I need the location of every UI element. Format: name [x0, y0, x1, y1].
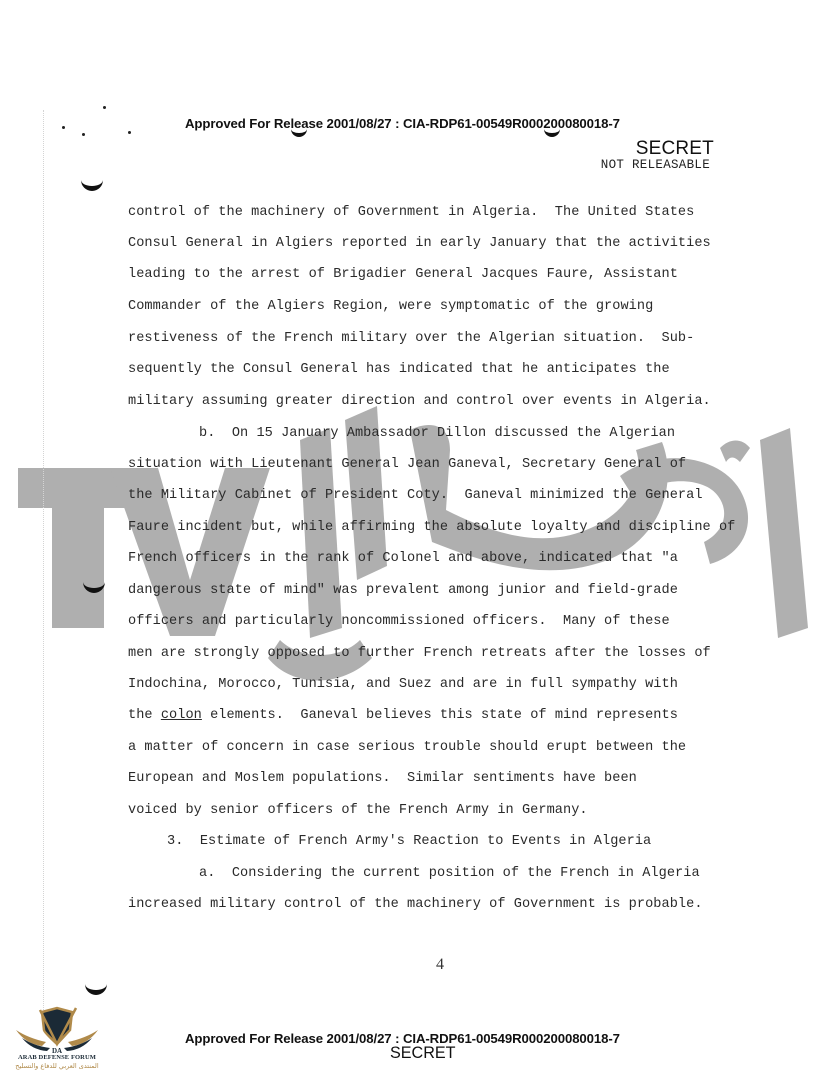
text-line: European and Moslem populations. Similar… [128, 771, 637, 786]
paragraph-b-start: b. On 15 January Ambassador Dillon discu… [199, 426, 675, 441]
text-line: control of the machinery of Government i… [128, 205, 694, 220]
text-line: men are strongly opposed to further Fren… [128, 646, 711, 661]
text-line: a matter of concern in case serious trou… [128, 740, 686, 755]
scan-speck [103, 106, 106, 109]
scan-margin-line [43, 110, 44, 1010]
text-line: voiced by senior officers of the French … [128, 803, 588, 818]
text-line: officers and particularly noncommissione… [128, 614, 670, 629]
release-stamp-header: Approved For Release 2001/08/27 : CIA-RD… [185, 116, 620, 131]
text-line: Consul General in Algiers reported in ea… [128, 236, 711, 251]
text-line: Indochina, Morocco, Tunisia, and Suez an… [128, 677, 678, 692]
scan-speck [82, 133, 85, 136]
underlined-word-colon: colon [161, 708, 202, 723]
text-line: Commander of the Algiers Region, were sy… [128, 299, 653, 314]
text-line: the colon elements. Ganeval believes thi… [128, 708, 678, 723]
svg-text:DA: DA [52, 1047, 62, 1054]
classification-footer: SECRET [390, 1043, 456, 1063]
section-3-heading: 3. Estimate of French Army's Reaction to… [167, 834, 651, 849]
text-line: the Military Cabinet of President Coty. … [128, 488, 703, 503]
text-line: leading to the arrest of Brigadier Gener… [128, 267, 678, 282]
text-line: Faure incident but, while affirming the … [128, 520, 735, 535]
scan-speck [128, 131, 131, 134]
punch-hole-mark [85, 980, 107, 995]
text-line: situation with Lieutenant General Jean G… [128, 457, 686, 472]
document-page: Approved For Release 2001/08/27 : CIA-RD… [0, 0, 834, 1080]
punch-hole-mark [81, 176, 103, 191]
logo-name-english: ARAB DEFENSE FORUM [4, 1054, 110, 1062]
text-line: military assuming greater direction and … [128, 394, 711, 409]
handling-caveat: NOT RELEASABLE [601, 158, 710, 172]
logo-name-arabic: المنتدى العربي للدفاع والتسليح [4, 1062, 110, 1071]
page-number: 4 [436, 956, 444, 974]
scan-speck [62, 126, 65, 129]
text-fragment: elements. Ganeval believes this state of… [202, 708, 678, 723]
shield-wings-icon: DA [12, 1004, 102, 1054]
arab-defense-forum-logo: DA ARAB DEFENSE FORUM المنتدى العربي للد… [4, 1004, 110, 1080]
text-line: restiveness of the French military over … [128, 331, 694, 346]
text-line: French officers in the rank of Colonel a… [128, 551, 678, 566]
paragraph-a-start: a. Considering the current position of t… [199, 866, 700, 881]
text-line: sequently the Consul General has indicat… [128, 362, 670, 377]
classification-header: SECRET [636, 138, 714, 160]
text-line: dangerous state of mind" was prevalent a… [128, 583, 678, 598]
text-line: increased military control of the machin… [128, 897, 703, 912]
punch-hole-mark [83, 578, 105, 593]
text-fragment: the [128, 708, 161, 723]
